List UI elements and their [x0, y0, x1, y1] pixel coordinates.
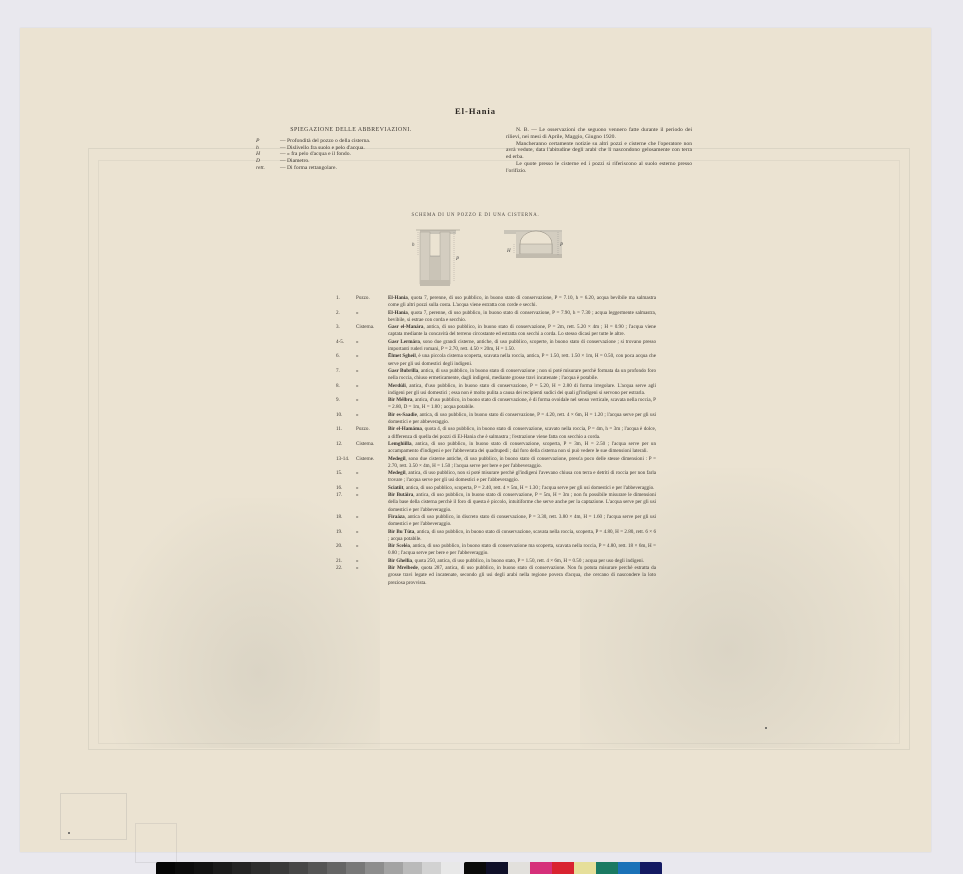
entry-name: Bir Mrelbede	[388, 565, 418, 571]
gray-patch	[232, 862, 251, 874]
entry-name: El-Hania	[388, 310, 408, 316]
gray-patch	[213, 862, 232, 874]
color-patch	[640, 862, 662, 874]
nota-bene-paragraph: Le quote presso le cisterne ed i pozzi s…	[506, 161, 692, 175]
cistern-diagram: H P	[504, 230, 563, 258]
entry-name: Sciatiit	[388, 485, 403, 491]
entry-name: Gasr Lermára	[388, 339, 420, 345]
list-item: 8.»Merdúli, antica, d'uso pubblico, in b…	[336, 383, 656, 398]
scanned-page: El-Hania SPIEGAZIONE DELLE ABBREVIAZIONI…	[20, 28, 931, 852]
entry-name: Bir Ghellia	[388, 558, 412, 564]
page-title: El-Hania	[20, 106, 931, 116]
list-item: 18.»Firaáza, antica di uso pubblico, in …	[336, 514, 656, 529]
well-diagram: h P	[412, 230, 460, 286]
gray-patch	[175, 862, 194, 874]
list-item: 22.»Bir Mrelbede, quota 287, antica, di …	[336, 565, 656, 587]
list-item: 13-14.Cisterne.Medegil, sono due cistern…	[336, 456, 656, 471]
svg-text:h: h	[412, 243, 415, 248]
speck	[765, 727, 767, 729]
nota-bene-block: N. B. — Le osservazioni che seguono venn…	[506, 127, 692, 175]
gray-patch	[422, 862, 441, 874]
nota-bene-paragraph: N. B. — Le osservazioni che seguono venn…	[506, 127, 692, 141]
speck	[68, 832, 70, 834]
entry-name: Bir Mélbra	[388, 397, 412, 403]
list-item: 9.»Bir Mélbra, antica, d'uso pubblico, i…	[336, 397, 656, 412]
svg-text:P: P	[455, 257, 459, 262]
list-item: 1.Pozzo.El-Hania, quota 7, perenne, di u…	[336, 295, 656, 310]
list-item: 11.Pozzo.Bir el-Hamáma, quota 4, di uso …	[336, 426, 656, 441]
gray-patch	[194, 862, 213, 874]
gray-patch	[270, 862, 289, 874]
gray-patch	[441, 862, 460, 874]
entry-name: Merdúli	[388, 383, 406, 389]
entry-name: Ēlmet Sgheil	[388, 353, 416, 359]
color-patch	[508, 862, 530, 874]
entry-name: Bir Sceléa	[388, 543, 410, 549]
list-item: 17.»Bir Butáira, antica, di uso pubblico…	[336, 492, 656, 514]
entry-name: Gasr Bubrilla	[388, 368, 418, 374]
list-item: 4-5.»Gasr Lermára, sono due grandi ciste…	[336, 339, 656, 354]
color-patch	[530, 862, 552, 874]
abbreviations-block: SPIEGAZIONE DELLE ABBREVIAZIONI. P — Pro…	[256, 127, 446, 172]
entry-name: Bir el-Hamáma	[388, 426, 422, 432]
abbreviation-row: h — Dislivello fra suolo e pelo d'acqua.	[256, 145, 446, 152]
abbreviation-row: D — Diametro.	[256, 158, 446, 165]
bleed-through-stamp	[60, 793, 127, 840]
gray-patch	[384, 862, 403, 874]
gray-patch	[365, 862, 384, 874]
gray-patch	[156, 862, 175, 874]
list-item: 16.»Sciatiit, antica, di uso pubblico, s…	[336, 485, 656, 492]
calibration-color-bar	[156, 862, 662, 874]
entry-name: El-Hania	[388, 295, 408, 301]
list-item: 3.Cisterna.Gasr el-Manára, antica, di us…	[336, 324, 656, 339]
gray-patch	[289, 862, 308, 874]
color-patch	[486, 862, 508, 874]
color-patch	[596, 862, 618, 874]
color-patch	[552, 862, 574, 874]
bleed-through-legend-box	[135, 823, 177, 863]
list-item: 21.»Bir Ghellia, quota 250, antica, di u…	[336, 558, 656, 565]
entry-name: Lemghiilla	[388, 441, 412, 447]
wells-cisterns-list: 1.Pozzo.El-Hania, quota 7, perenne, di u…	[336, 295, 656, 587]
abbreviation-row: P — Profondità del pozzo o della cistern…	[256, 138, 446, 145]
gray-patch	[403, 862, 422, 874]
entry-name: Bir es-Saadie	[388, 412, 417, 418]
color-patch	[464, 862, 486, 874]
svg-text:H: H	[506, 249, 511, 254]
list-item: 10.»Bir es-Saadie, antica, di uso pubbli…	[336, 412, 656, 427]
abbreviation-row: H — » fra pelo d'acqua e il fondo.	[256, 151, 446, 158]
entry-name: Bir Butáira	[388, 492, 413, 498]
entry-name: Medegil	[388, 456, 406, 462]
list-item: 19.»Bir Bu Túta, antica, di uso pubblico…	[336, 529, 656, 544]
svg-text:P: P	[559, 243, 563, 248]
abbreviation-row: rett. — Di forma rettangolare.	[256, 165, 446, 172]
list-item: 7.»Gasr Bubrilla, antica, di uso pubblic…	[336, 368, 656, 383]
list-item: 12.Cisterna.Lemghiilla, antica, di uso p…	[336, 441, 656, 456]
entry-name: Firaáza	[388, 514, 405, 520]
well-cistern-diagram: h P H P	[408, 228, 568, 288]
gray-patch	[346, 862, 365, 874]
nota-bene-paragraph: Mancheranno certamente notizie su altri …	[506, 141, 692, 161]
list-item: 15.»Medegil, antica, di uso pubblico, no…	[336, 470, 656, 485]
color-patch	[574, 862, 596, 874]
list-item: 2.»El-Hania, quota 7, perenne, di uso pu…	[336, 310, 656, 325]
grayscale-strip	[156, 862, 460, 874]
list-item: 6.»Ēlmet Sgheil, è una piccola cisterna …	[336, 353, 656, 368]
schema-title: SCHEMA DI UN POZZO E DI UNA CISTERNA.	[20, 213, 931, 218]
entry-name: Gasr el-Manára	[388, 324, 423, 330]
gray-patch	[308, 862, 327, 874]
list-item: 20.»Bir Sceléa, antica, di uso pubblico,…	[336, 543, 656, 558]
color-patch	[618, 862, 640, 874]
entry-name: Bir Bu Túta	[388, 529, 414, 535]
entry-name: Medegil	[388, 470, 406, 476]
color-patch-strip	[464, 862, 662, 874]
abbreviations-heading: SPIEGAZIONE DELLE ABBREVIAZIONI.	[256, 127, 446, 134]
gray-patch	[251, 862, 270, 874]
gray-patch	[327, 862, 346, 874]
